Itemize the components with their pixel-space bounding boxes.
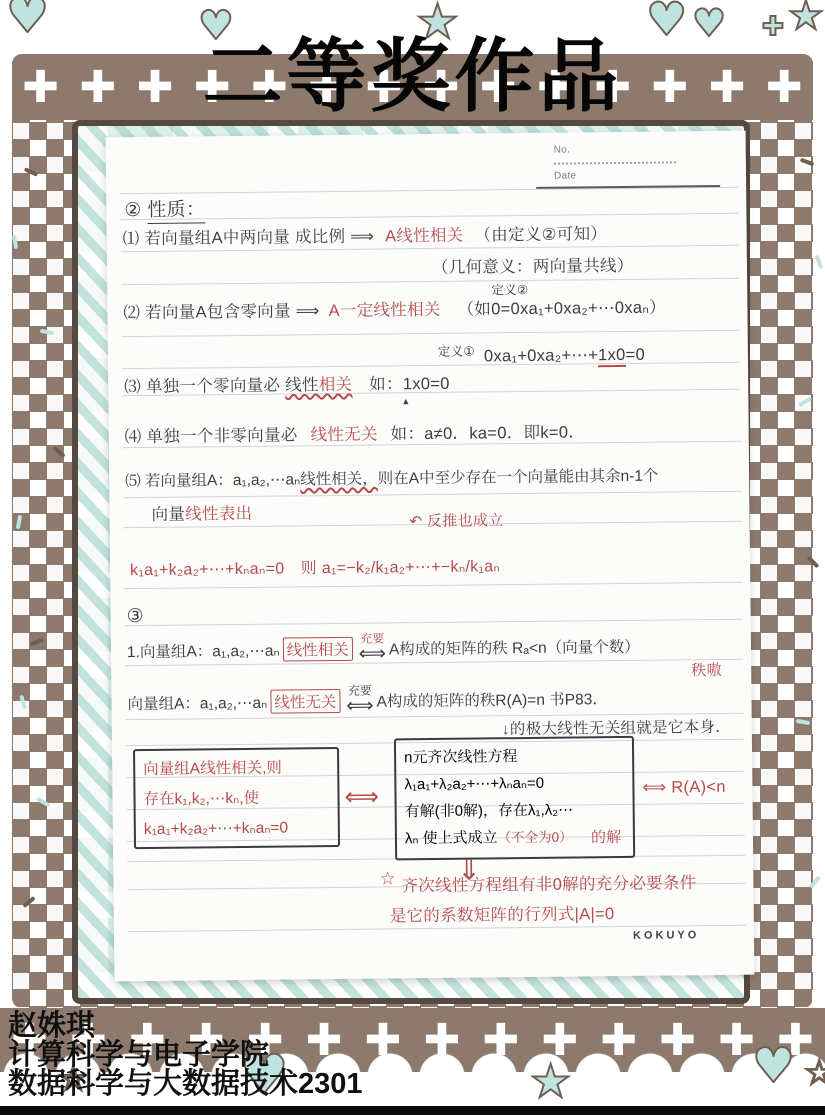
line2-conclusion-red: A一定线性相关 (328, 301, 440, 320)
line3-note: 如：1x0=0 (352, 375, 450, 394)
conclusion-line-1: 齐次线性方程组有非0解的充分必要条件 (401, 869, 696, 896)
star-icon: ★ (530, 1058, 571, 1104)
ruled-line (122, 362, 740, 369)
line2-statement: ⑵ 若向量A包含零向量 ⟹ (123, 302, 319, 322)
ruled-line (120, 187, 738, 194)
kokuyo-logo: KOKUYO (633, 929, 699, 942)
line7-rank: A构成的矩阵的秩 Rₐ<n（向量个数） (389, 634, 640, 659)
double-arrow-icon: ⟺ (346, 697, 373, 716)
note-line-1b: （几何意义：两向量共线） (432, 252, 634, 278)
solution-red-note: 的解 (591, 826, 622, 847)
redbox-line: 存在k₁,k₂,⋯kₙ,使 (143, 783, 329, 815)
author-major: 数据科学与大数据技术2301 (8, 1070, 363, 1099)
note-line-7: 1.向量组A：a₁,a₂,⋯aₙ 线性相关 充要 ⟺ A构成的矩阵的秩 Rₐ<n… (127, 630, 640, 666)
author-attribution: 赵姝琪 计算科学与电子学院 数据科学与大数据技术2301 (8, 1012, 363, 1099)
plus-icon: ✚ (709, 62, 746, 113)
date-label: Date (554, 170, 576, 181)
line2-note-wrap: 定义② （如0=0xa₁+0xa₂+⋯0xaₙ） (457, 294, 666, 320)
note-line-4: ⑷ 单独一个非零向量必 线性无关 如：a≠0．ka=0．即k=0． (125, 418, 586, 447)
line1-conclusion-red: A线性相关 (385, 227, 464, 246)
blackbox-line: 有解(非0解)，存在λ₁,λ₂⋯ (405, 796, 625, 825)
red-equation: k₁a₁+k₂a₂+⋯+kₙaₙ=0 则 a₁=−k₂/k₁a₂+⋯+−kₙ/k… (130, 553, 500, 580)
bottom-black-bar (0, 1106, 825, 1115)
no-dotted-line (554, 161, 676, 164)
line5-underlined: 线性相关， (300, 471, 378, 489)
line3-underlined: 线性相关 (285, 376, 352, 395)
line5b-red: 线性表出 (185, 505, 252, 524)
line2-def-annotation: 定义② (491, 280, 528, 298)
line3-triangle-mark: ▲ (401, 396, 410, 406)
section-2-heading: ② 性质： (124, 194, 205, 222)
conclusion-line-2: 是它的系数矩阵的行列式|A|=0 (390, 900, 615, 926)
dependence-definition-box: 向量组A线性相关,则 存在k₁,k₂,⋯kₙ,使 k₁a₁+k₂a₂+⋯+kₙa… (133, 747, 340, 849)
line5-converse-annotation: ↶ 反推也成立 (410, 509, 504, 531)
line7-rank-annotation: 秩嗷 (691, 659, 722, 680)
redbox-line: 向量组A线性相关,则 (143, 753, 329, 785)
line3-statement: ⑶ 单独一个零向量必 (124, 377, 285, 397)
ruled-line (122, 330, 740, 337)
ruled-line (123, 491, 741, 498)
ruled-line (124, 582, 742, 589)
star-icon: ☆ (379, 868, 396, 889)
section-3-heading: ③ (126, 605, 144, 628)
line8-start: 向量组A：a₁,a₂,⋯aₙ (127, 690, 267, 713)
line3-red-part: 相关 (319, 376, 353, 394)
heart-icon: ♥ (752, 1042, 795, 1090)
line7-start: 1.向量组A：a₁,a₂,⋯aₙ (127, 638, 280, 662)
note-line-1: ⑴ 若向量组A中两向量 成比例 ⟹ A线性相关 （由定义②可知） (123, 220, 608, 249)
redbox-line: k₁a₁+k₂a₂+⋯+kₙaₙ=0 (144, 813, 330, 845)
rank-condition-red: ⟺ R(A)<n (642, 777, 726, 798)
heart-icon: ♥ (646, 0, 687, 42)
line3-black-part: 线性 (285, 376, 319, 394)
line7-iff-arrow: 充要 ⟺ (358, 632, 386, 663)
blackbox-red-inline: （不全为0） (498, 830, 573, 846)
ruled-line (120, 213, 738, 220)
line8-boxed-red: 线性无关 (270, 688, 340, 713)
line4-red: 线性无关 (310, 426, 377, 445)
note-line-5a: ⑸ 若向量组A：a₁,a₂,⋯aₙ线性相关，则在A中至少存在一个向量能由其余n-… (125, 464, 659, 492)
between-boxes-arrow-icon: ⟺ (344, 783, 379, 812)
ruled-line (125, 619, 743, 626)
sprinkle-icon (815, 255, 824, 270)
author-college: 计算科学与电子学院 (8, 1041, 363, 1070)
blackbox-line4-text: λₙ 使上式成立 (405, 829, 498, 847)
decorative-frame: ✚✚✚✚✚✚✚✚✚✚✚✚✚✚ No. Date ② 性质： ⑴ 若向量组A中两向… (12, 54, 813, 1008)
line7-boxed-red: 线性相关 (283, 636, 353, 661)
line8-iff-arrow: 充要 ⟺ (346, 685, 374, 716)
line5b-black: 向量 (151, 506, 185, 524)
plus-icon: ✚ (766, 62, 803, 113)
line2-note: （如0=0xa₁+0xa₂+⋯0xaₙ） (457, 299, 666, 319)
ruled-line (121, 278, 739, 285)
line1-note: （由定义②可知） (474, 225, 607, 244)
note-line-3: ⑶ 单独一个零向量必 线性相关 如：1x0=0 (124, 370, 450, 397)
line4-note: 如：a≠0．ka=0．即k=0． (391, 423, 586, 443)
plus-icon: ✚ (22, 62, 59, 113)
line5-start: ⑸ 若向量组A：a₁,a₂,⋯aₙ (125, 471, 300, 490)
note-line-5b: 向量线性表出 (151, 500, 252, 525)
note-line-8: 向量组A：a₁,a₂,⋯aₙ 线性无关 充要 ⟺ A构成的矩阵的秩R(A)=n … (127, 682, 608, 718)
notebook-page: No. Date ② 性质： ⑴ 若向量组A中两向量 成比例 ⟹ A线性相关 （… (106, 131, 755, 982)
heart-icon: ♥ (692, 4, 726, 42)
line2b-underlined-term: 1x0 (598, 346, 626, 367)
note-line-2: ⑵ 若向量A包含零向量 ⟹ A一定线性相关 定义② （如0=0xa₁+0xa₂+… (123, 294, 666, 324)
line2b-eq-right: =0 (626, 346, 646, 364)
plus-icon: ✚ (137, 62, 174, 113)
plus-icon: ✚ (651, 62, 688, 113)
double-arrow-icon: ⟺ (359, 644, 386, 663)
author-name: 赵姝琪 (8, 1012, 363, 1041)
line5-rest: 则在A中至少存在一个向量能由其余n-1个 (378, 468, 659, 488)
plus-icon: ✚ (762, 14, 784, 40)
ruled-lines (106, 131, 746, 138)
line8-rank: A构成的矩阵的秩R(A)=n 书P83． (376, 687, 607, 711)
section-2-title: 性质： (147, 199, 205, 224)
blackbox-line: λ₁a₁+λ₂a₂+⋯+λₙaₙ=0 (404, 769, 624, 798)
blackbox-line: n元齐次线性方程 (404, 742, 624, 771)
line2b-def-annotation: 定义① (438, 345, 475, 359)
award-title: 二等奖作品 (203, 12, 623, 127)
heart-icon: ♥ (6, 0, 49, 40)
star-outline-icon: ☆ (804, 1056, 825, 1090)
photo-inner-area: No. Date ② 性质： ⑴ 若向量组A中两向量 成比例 ⟹ A线性相关 （… (72, 120, 750, 1004)
section-2-number: ② (124, 200, 142, 221)
note-line-2b: 定义① 0xa₁+0xa₂+⋯+1x0=0 (438, 340, 645, 367)
line4-statement: ⑷ 单独一个非零向量必 (125, 426, 298, 446)
no-label: No. (554, 145, 571, 156)
star-icon: ★ (788, 0, 824, 36)
line2b-eq-left: 0xa₁+0xa₂+⋯+ (484, 346, 598, 365)
plus-icon: ✚ (79, 62, 116, 113)
line1-statement: ⑴ 若向量组A中两向量 成比例 ⟹ (123, 228, 375, 249)
